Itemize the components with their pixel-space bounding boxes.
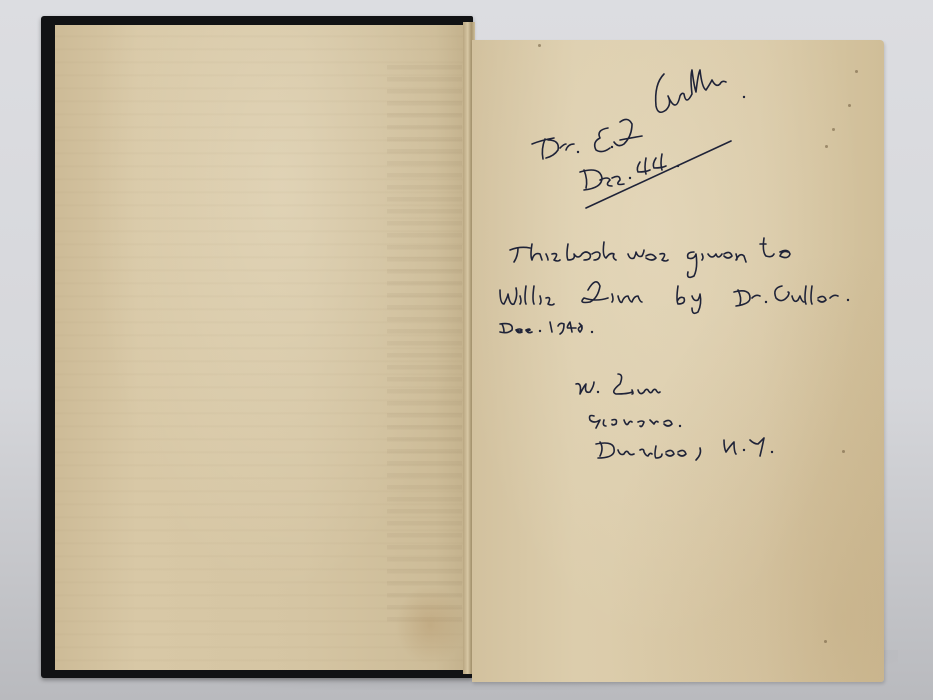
ink-line-dec-1948: [500, 322, 593, 334]
book-photo-scene: Dr. E.J. Guller. Dec. '44. This book was…: [0, 0, 933, 700]
ink-signature: [576, 374, 773, 460]
ink-line-this-book: [510, 238, 790, 277]
handwritten-inscription: [0, 0, 933, 700]
ink-dr-guller: [532, 70, 745, 159]
ink-line-willis-linn: [500, 282, 849, 314]
